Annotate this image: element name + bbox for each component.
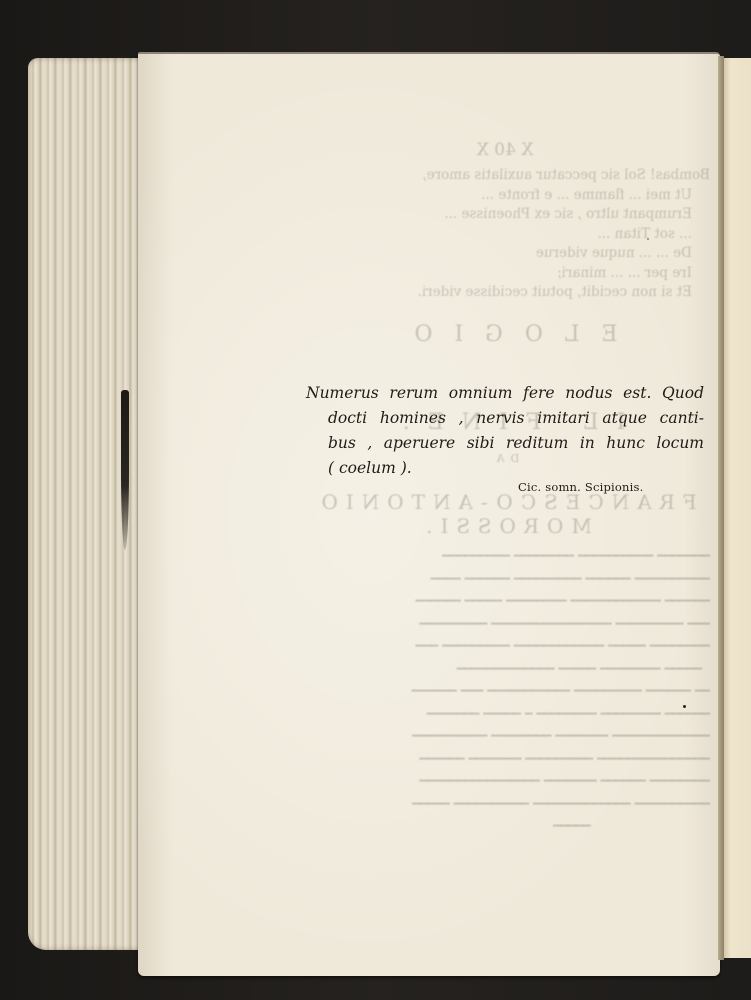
quote-line-4: ( coelum ). bbox=[306, 456, 704, 481]
paper-speck bbox=[647, 238, 649, 240]
page-stack-edges bbox=[28, 58, 148, 950]
author-line-1: FRANCESCO-ANTONIO bbox=[300, 490, 710, 514]
book-gutter bbox=[718, 56, 724, 960]
quote-citation: Cic. somn. Scipionis. bbox=[518, 480, 643, 494]
show-through-author: FRANCESCO-ANTONIO MOROSSI. bbox=[300, 490, 710, 538]
author-line-2: MOROSSI. bbox=[300, 514, 710, 538]
facing-page-edge bbox=[722, 58, 751, 958]
ink-stain bbox=[121, 390, 129, 550]
show-through-header: X 40 X bbox=[300, 140, 710, 160]
show-through-verse: Bombas! Sol sic peccatur auxilatis amore… bbox=[300, 166, 710, 303]
verse-line: Ut mei ... flamme ... e fronte ... bbox=[300, 186, 710, 206]
quote-line-2: docti homines , nervis imitari atque can… bbox=[306, 406, 704, 431]
cicero-quote: Numerus rerum omnium fere nodus est. Quo… bbox=[306, 381, 704, 481]
verse-line: Ire per ... ... minari; bbox=[300, 264, 710, 284]
show-through-title: ELOGIO bbox=[300, 322, 710, 347]
verse-line: Bombas! Sol sic peccatur auxilatis amore… bbox=[300, 166, 710, 186]
verse-line: Erumpant ultro , sic ex Phoenisse ... bbox=[300, 205, 710, 225]
paper-speck bbox=[683, 705, 686, 708]
quote-line-1: Numerus rerum omnium fere nodus est. Quo… bbox=[306, 381, 704, 406]
verse-line: Et si non cecidit, potuit cecidisse vide… bbox=[300, 283, 710, 303]
show-through-body: ━━━━━━━ ━━━━━━━━━━ ━━━━━━━━ ━━━━━━━━━ ━━… bbox=[300, 545, 710, 838]
verse-line: De ... ... nuque viderue bbox=[300, 244, 710, 264]
verse-line: ... sot Titan ... bbox=[300, 225, 710, 245]
quote-line-3: bus , aperuere sibi reditum in hunc locu… bbox=[306, 431, 704, 456]
